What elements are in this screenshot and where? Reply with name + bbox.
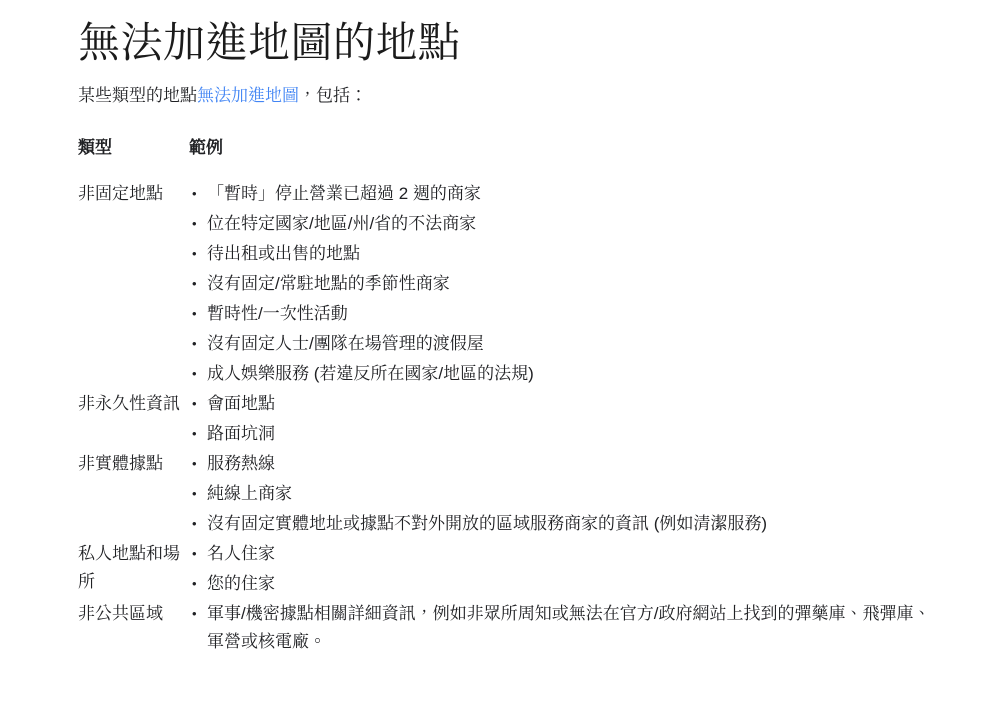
page-title: 無法加進地圖的地點 (78, 18, 960, 68)
example-item: 名人住家 (189, 540, 934, 568)
example-item: 「暫時」停止營業已超過 2 週的商家 (189, 180, 934, 208)
example-item: 服務熱線 (189, 450, 934, 478)
table-row: 非固定地點 「暫時」停止營業已超過 2 週的商家位在特定國家/地區/州/省的不法… (78, 180, 934, 390)
type-label: 非固定地點 (78, 180, 189, 390)
intro-prefix: 某些類型的地點 (78, 86, 197, 105)
article-content: 無法加進地圖的地點 某些類型的地點無法加進地圖，包括： 類型 範例 非固定地點 … (0, 0, 1000, 688)
example-item: 會面地點 (189, 390, 934, 418)
help-article-page: 無法加進地圖的地點 某些類型的地點無法加進地圖，包括： 類型 範例 非固定地點 … (0, 0, 1000, 723)
table-row: 非實體據點 服務熱線純線上商家沒有固定實體地址或據點不對外開放的區域服務商家的資… (78, 450, 934, 540)
table-row: 非永久性資訊 會面地點路面坑洞 (78, 390, 934, 450)
type-label: 非公共區域 (78, 600, 189, 658)
type-label: 私人地點和場所 (78, 540, 189, 600)
type-label: 非實體據點 (78, 450, 189, 540)
table-row: 非公共區域 軍事/機密據點相關詳細資訊，例如非眾所周知或無法在官方/政府網站上找… (78, 600, 934, 658)
example-item: 位在特定國家/地區/州/省的不法商家 (189, 210, 934, 238)
table-row: 私人地點和場所 名人住家您的住家 (78, 540, 934, 600)
example-item: 軍事/機密據點相關詳細資訊，例如非眾所周知或無法在官方/政府網站上找到的彈藥庫、… (189, 600, 934, 656)
type-label: 非永久性資訊 (78, 390, 189, 450)
intro-suffix: ，包括： (299, 86, 367, 105)
table-header-row: 類型 範例 (78, 134, 934, 180)
example-item: 路面坑洞 (189, 420, 934, 448)
cannot-add-to-map-link[interactable]: 無法加進地圖 (197, 86, 299, 105)
examples-list: 會面地點路面坑洞 (189, 390, 934, 448)
examples-list: 名人住家您的住家 (189, 540, 934, 598)
example-item: 沒有固定人士/團隊在場管理的渡假屋 (189, 330, 934, 358)
example-item: 成人娛樂服務 (若違反所在國家/地區的法規) (189, 360, 934, 388)
example-item: 待出租或出售的地點 (189, 240, 934, 268)
column-header-type: 類型 (78, 134, 189, 180)
column-header-examples: 範例 (189, 134, 934, 180)
example-item: 沒有固定/常駐地點的季節性商家 (189, 270, 934, 298)
examples-list: 「暫時」停止營業已超過 2 週的商家位在特定國家/地區/州/省的不法商家待出租或… (189, 180, 934, 388)
example-item: 純線上商家 (189, 480, 934, 508)
example-item: 您的住家 (189, 570, 934, 598)
example-item: 沒有固定實體地址或據點不對外開放的區域服務商家的資訊 (例如清潔服務) (189, 510, 934, 538)
examples-list: 軍事/機密據點相關詳細資訊，例如非眾所周知或無法在官方/政府網站上找到的彈藥庫、… (189, 600, 934, 656)
examples-list: 服務熱線純線上商家沒有固定實體地址或據點不對外開放的區域服務商家的資訊 (例如清… (189, 450, 934, 538)
place-types-table: 類型 範例 非固定地點 「暫時」停止營業已超過 2 週的商家位在特定國家/地區/… (78, 134, 934, 658)
example-item: 暫時性/一次性活動 (189, 300, 934, 328)
intro-paragraph: 某些類型的地點無法加進地圖，包括： (78, 84, 960, 108)
